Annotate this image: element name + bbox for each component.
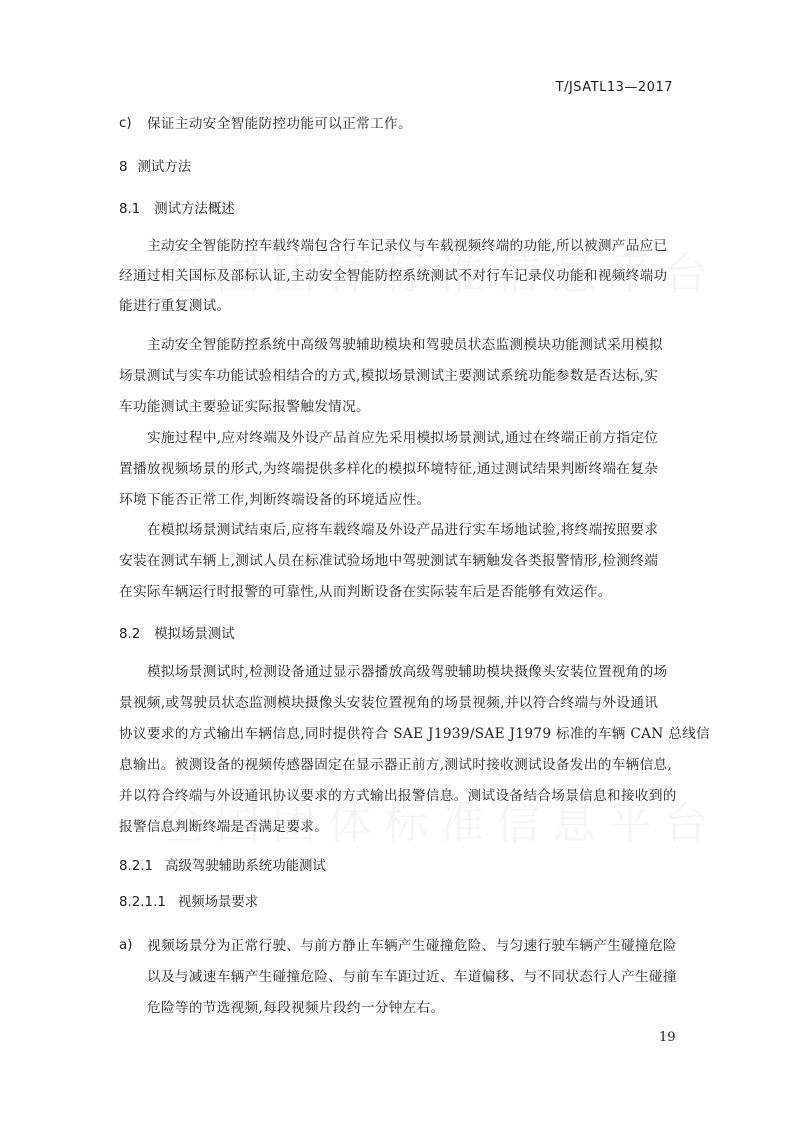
- section-number: 8: [119, 158, 128, 178]
- paragraph-line: 在模拟场景测试结束后,应将车载终端及外设产品进行实车场地试验,将终端按照要求: [147, 520, 658, 540]
- paragraph-line: 实施过程中,应对终端及外设产品首应先采用模拟场景测试,通过在终端正前方指定位: [147, 428, 658, 448]
- paragraph-line: 车功能测试主要验证实际报警触发情况。: [119, 397, 370, 417]
- section-number: 8.2.1.1: [119, 893, 166, 913]
- paragraph-line: 主动安全智能防控系统中高级驾驶辅助模块和驾驶员状态监测模块功能测试采用模拟: [147, 335, 663, 355]
- paragraph-line: 环境下能否正常工作,判断终端设备的环境适应性。: [119, 490, 430, 510]
- section-heading-8-1: 8.1测试方法概述: [119, 200, 235, 220]
- section-heading-8-2-1-1: 8.2.1.1视频场景要求: [119, 893, 258, 913]
- section-title: 测试方法概述: [154, 202, 234, 217]
- section-number: 8.2: [119, 625, 140, 645]
- section-title: 测试方法: [138, 160, 192, 175]
- paragraph-line: 安装在测试车辆上,测试人员在标准试验场地中驾驶测试车辆触发各类报警情形,检测终端: [119, 551, 658, 571]
- section-title: 视频场景要求: [178, 895, 258, 910]
- section-heading-8-2-1: 8.2.1高级驾驶辅助系统功能测试: [119, 857, 326, 877]
- list-item-a-line: 以及与减速车辆产生碰撞危险、与前车车距过近、车道偏移、与不同状态行人产生碰撞: [147, 967, 677, 987]
- paragraph-line: 报警信息判断终端是否满足要求。: [119, 817, 328, 837]
- paragraph-line: 经通过相关国标及部标认证,主动安全智能防控系统测试不对行车记录仪功能和视频终端功: [119, 266, 667, 286]
- section-title: 高级驾驶辅助系统功能测试: [165, 859, 326, 874]
- paragraph-line: 置播放视频场景的形式,为终端提供多样化的模拟环境特征,通过测试结果判断终端在复杂: [119, 459, 658, 479]
- paragraph-line: 模拟场景测试时,检测设备通过显示器播放高级驾驶辅助模块摄像头安装位置视角的场: [147, 662, 668, 682]
- paragraph-line: 景视频,或驾驶员状态监测模块摄像头安装位置视角的场景视频,并以符合终端与外设通讯: [119, 693, 658, 713]
- paragraph-line: 并以符合终端与外设通讯协议要求的方式输出报警信息。测试设备结合场景信息和接收到的: [119, 786, 677, 806]
- list-marker-a: a): [119, 936, 132, 956]
- paragraph-line: 主动安全智能防控车载终端包含行车记录仪与车载视频终端的功能,所以被测产品应已: [147, 236, 668, 256]
- paragraph-line: 协议要求的方式输出车辆信息,同时提供符合 SAE J1939/SAE J1979…: [119, 724, 710, 744]
- paragraph-line: 在实际车辆运行时报警的可靠性,从而判断设备在实际装车后是否能够有效运作。: [119, 582, 612, 602]
- paragraph-line: 能进行重复测试。: [119, 296, 231, 316]
- list-marker-c: c): [119, 114, 132, 134]
- page-number: 19: [659, 1030, 676, 1045]
- section-number: 8.2.1: [119, 857, 153, 877]
- paragraph-line: 场景测试与实车功能试验相结合的方式,模拟场景测试主要测试系统功能参数是否达标,实: [119, 366, 658, 386]
- section-heading-8-2: 8.2模拟场景测试: [119, 625, 235, 645]
- section-title: 模拟场景测试: [154, 627, 234, 642]
- list-item-a-line: 视频场景分为正常行驶、与前方静止车辆产生碰撞危险、与匀速行驶车辆产生碰撞危险: [147, 936, 677, 956]
- list-item-a-line: 危险等的节选视频,每段视频片段约一分钟左右。: [147, 998, 445, 1018]
- paragraph-line: 息输出。被测设备的视频传感器固定在显示器正前方,测试时接收测试设备发出的车辆信息…: [119, 755, 672, 775]
- list-item-c-text: 保证主动安全智能防控功能可以正常工作。: [147, 114, 412, 134]
- section-heading-8: 8测试方法: [119, 158, 191, 178]
- standard-code: T/JSATL13—2017: [556, 80, 673, 95]
- section-number: 8.1: [119, 200, 140, 220]
